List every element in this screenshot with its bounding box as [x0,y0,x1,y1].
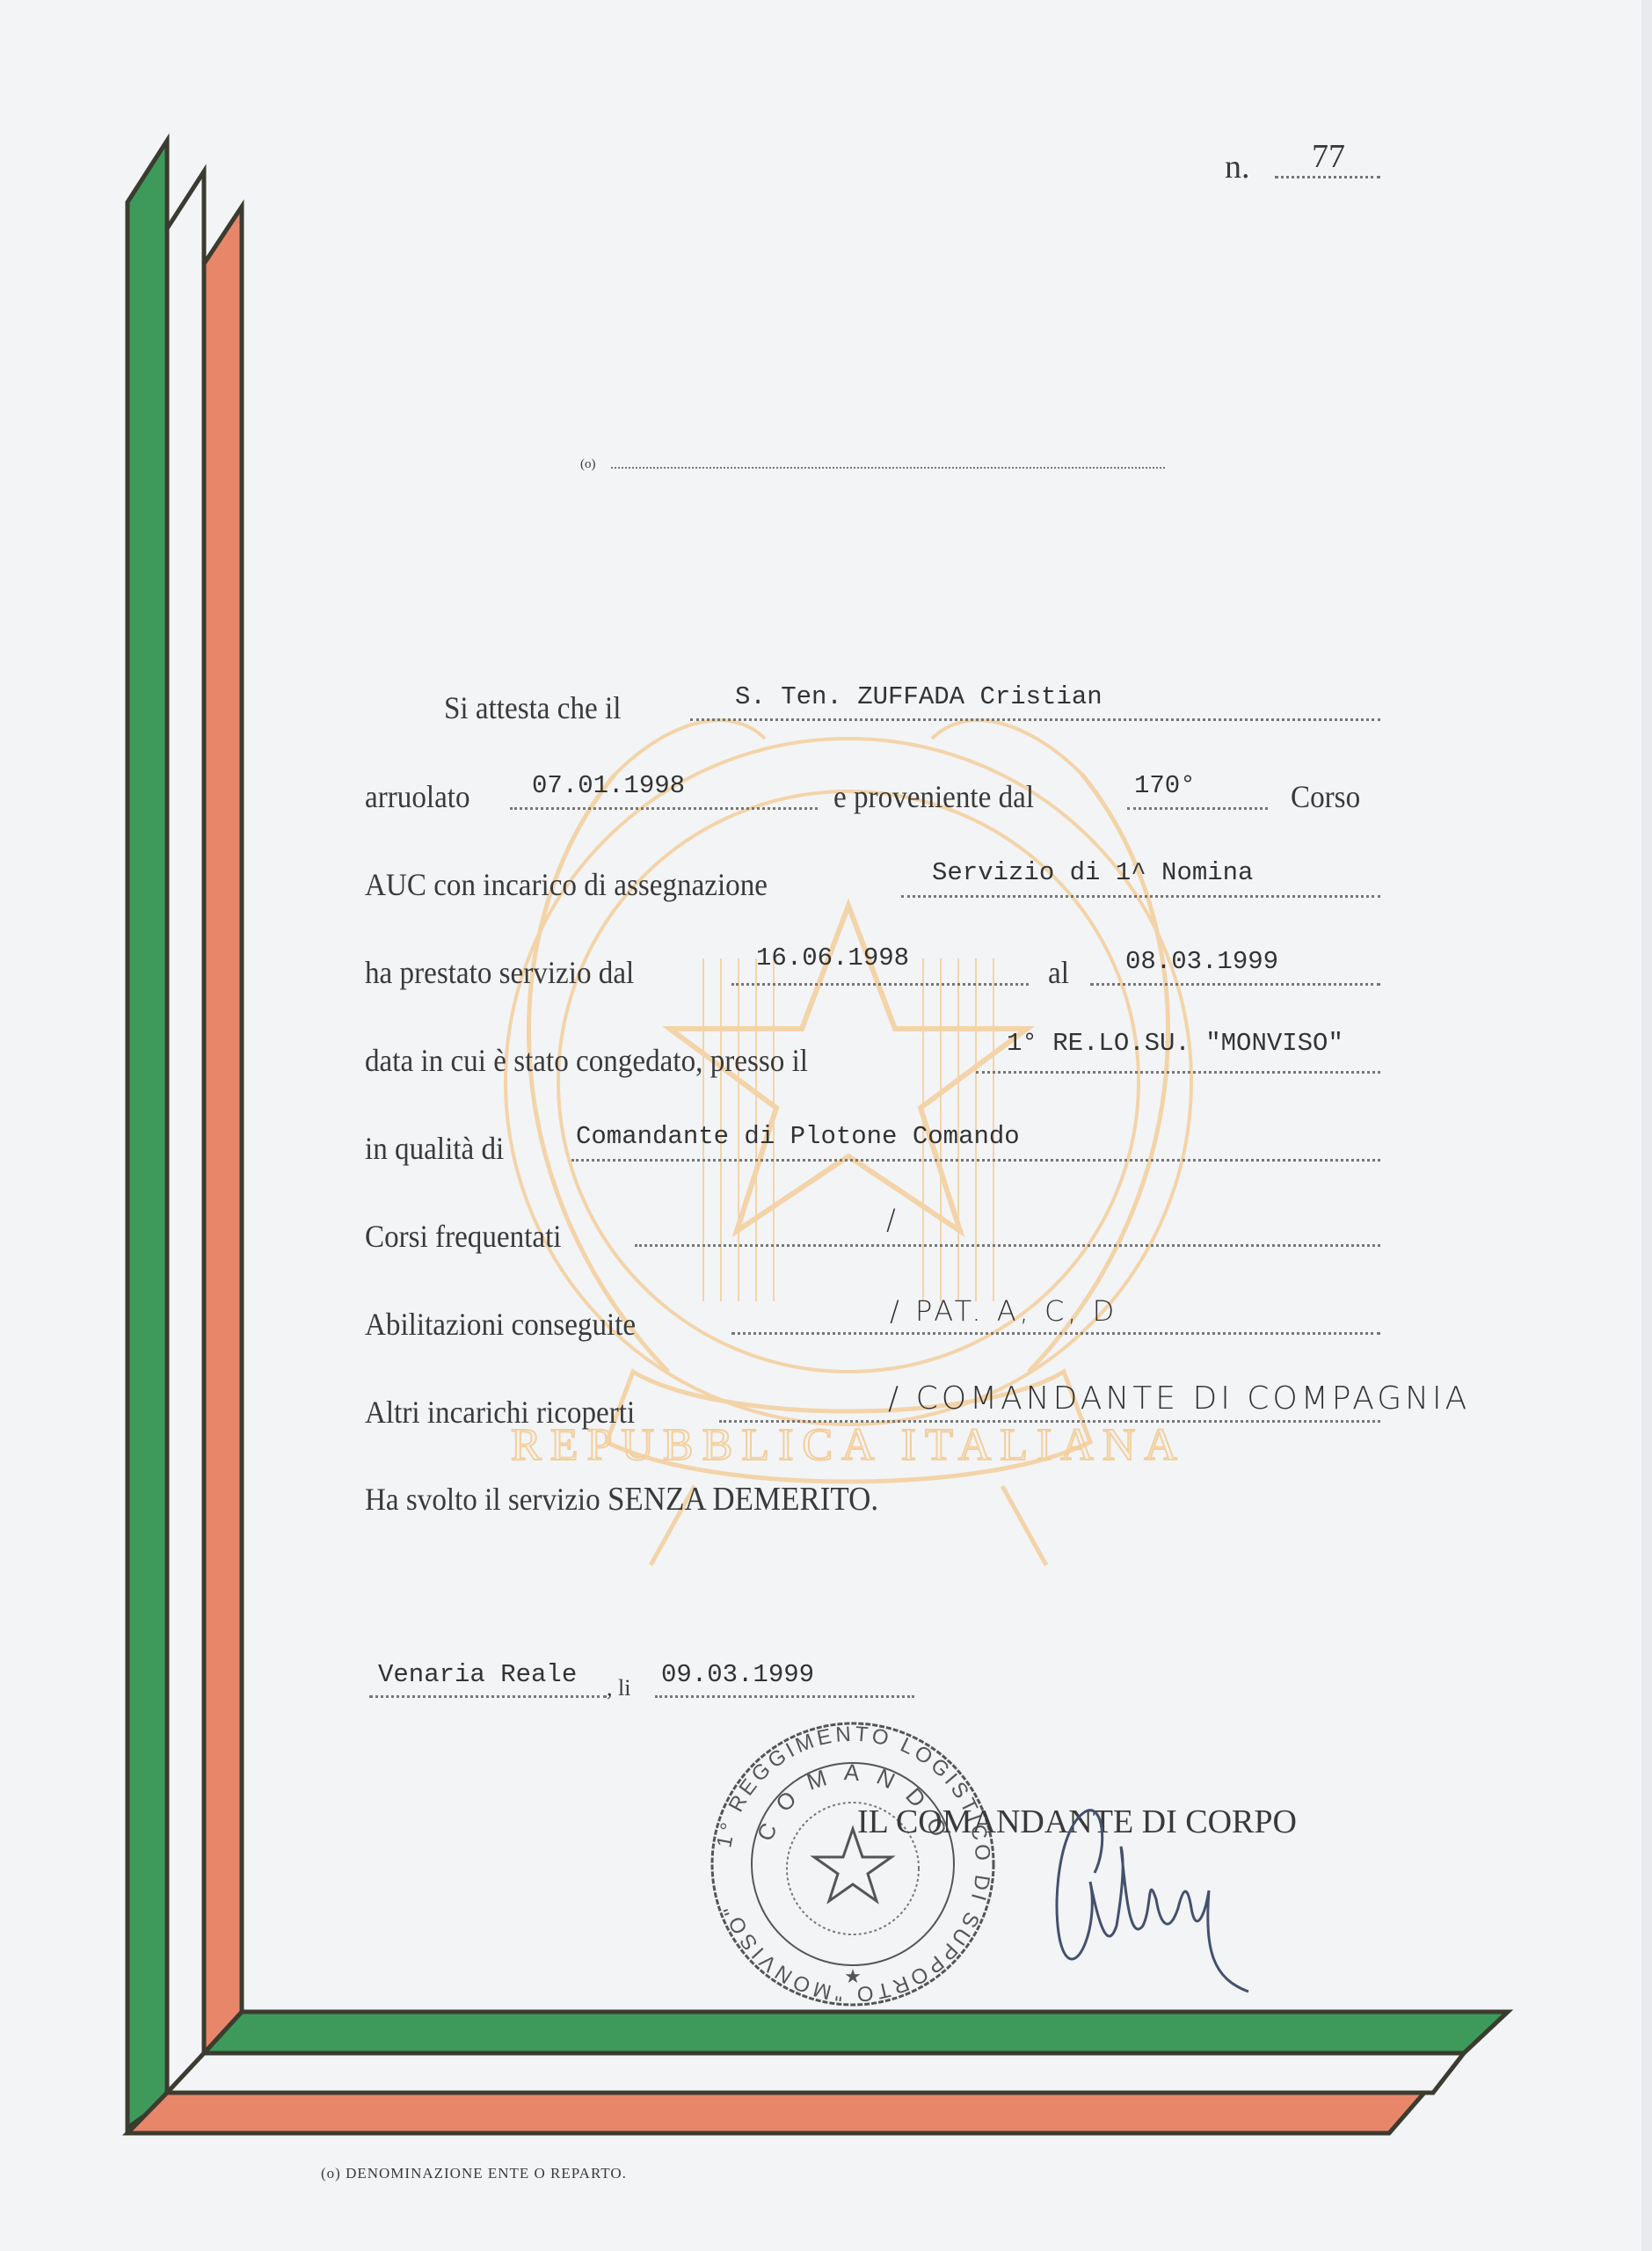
service-from-value[interactable]: 16.06.1998 [756,943,909,973]
footnote: (o) DENOMINAZIONE ENTE O REPARTO. [321,2165,627,2182]
courses-value[interactable]: / [886,1203,899,1236]
other-roles-value[interactable]: / COMANDANTE DI COMPAGNIA [888,1380,1470,1417]
place-value[interactable]: Venaria Reale [378,1660,577,1689]
number-dotted-line [1275,176,1380,178]
unit-dotted-line [611,467,1165,469]
service-to-value[interactable]: 08.03.1999 [1125,947,1278,976]
other-roles-line [719,1420,1380,1423]
rank-name-value[interactable]: S. Ten. ZUFFADA Cristian [735,682,1103,711]
horizontal-green-band [204,2012,1508,2053]
qualifications-value[interactable]: / PAT. A, C, D [890,1294,1117,1328]
vertical-red-band [204,207,242,2058]
discharged-label: data in cui è stato congedato, presso il [365,1042,808,1079]
horizontal-red-band [127,2093,1424,2133]
conduct-prefix: Ha svolto il servizio [365,1482,600,1517]
unit-marker: (o) [580,457,596,472]
role-line [571,1159,1380,1162]
rank-name-label: Si attesta che il [444,689,621,726]
assignment-value[interactable]: Servizio di 1^ Nomina [932,858,1253,887]
stamp-bottom-star-icon: ★ [844,1965,862,1987]
courses-label: Corsi frequentati [365,1218,562,1255]
rank-name-line [690,718,1380,721]
enlisted-line [510,807,818,810]
courses-line [635,1244,1380,1247]
date-label: , li [607,1675,630,1701]
enlisted-value[interactable]: 07.01.1998 [532,771,685,800]
horizontal-white-band [167,2053,1464,2093]
date-value[interactable]: 09.03.1999 [661,1660,814,1689]
course-line [1127,807,1268,810]
enlisted-label: arruolato [365,778,470,815]
role-value[interactable]: Comandante di Plotone Comando [576,1122,1020,1151]
course-suffix: Corso [1291,778,1360,815]
course-label: e proveniente dal [833,778,1034,815]
course-value[interactable]: 170° [1134,771,1196,800]
conduct-statement: Ha svolto il servizio SENZA DEMERITO. [365,1480,878,1519]
service-from-label: ha prestato servizio dal [365,954,634,991]
number-label: n. [1225,148,1250,186]
role-label: in qualità di [365,1130,504,1167]
document-number: 77 [1312,137,1345,176]
discharged-line [976,1071,1380,1074]
qualifications-label: Abilitazioni conseguite [365,1306,636,1343]
other-roles-label: Altri incarichi ricoperti [365,1394,635,1431]
vertical-white-band [167,171,204,2100]
conduct-emphasis: SENZA DEMERITO. [608,1481,878,1518]
date-line [655,1695,914,1698]
assignment-label: AUC con incarico di assegnazione [365,866,768,903]
service-to-label: al [1048,954,1069,991]
service-to-line [1090,983,1380,986]
vertical-green-band [127,141,167,2128]
place-line [369,1695,607,1698]
signature [1037,1794,1266,1996]
assignment-line [901,895,1380,898]
official-stamp: 1° REGGIMENTO LOGISTICO DI SUPPORTO "MON… [703,1715,1002,2014]
qualifications-line [731,1332,1380,1335]
discharged-value[interactable]: 1° RE.LO.SU. "MONVISO" [1007,1029,1343,1058]
service-from-line [731,983,1029,986]
